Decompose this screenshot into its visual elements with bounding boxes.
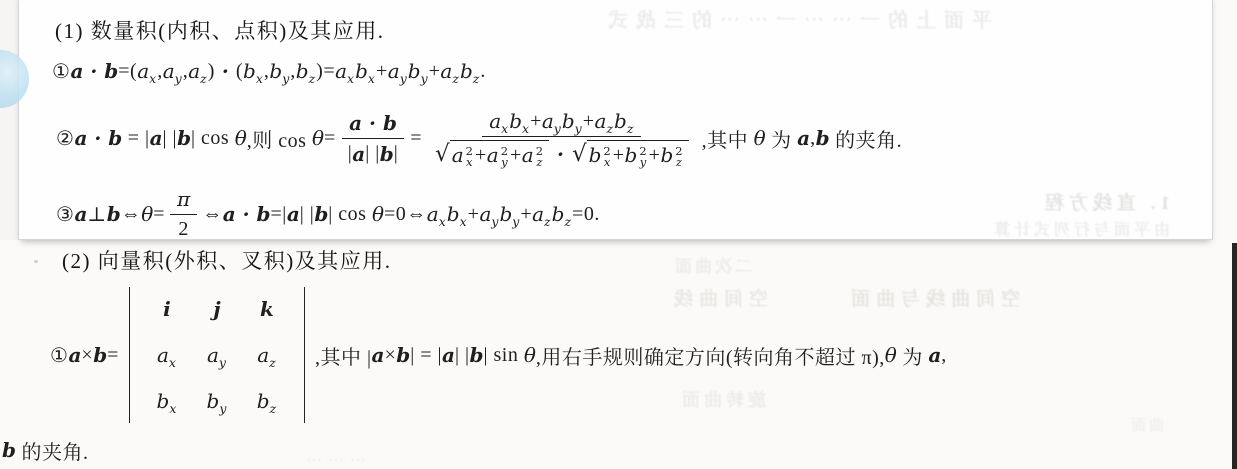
math-text: )= [316,60,335,83]
math-text: ⇔ [121,203,142,226]
math-subsup: 2y [501,146,508,168]
fraction-numerator: π [170,187,197,215]
math-vector: a [70,59,83,83]
math-fraction: π2 [170,187,197,241]
math-var: b [408,59,421,83]
math-text: ⇔ [202,203,223,226]
math-vector: · [236,202,257,226]
bleedthrough-text: ⋯⋯⋯ [300,450,366,469]
math-vector: b [816,126,830,150]
math-var: b [207,389,220,413]
math-var: a [335,59,347,83]
math-var: b [269,59,282,83]
math-var: b [460,59,473,83]
math-text: | cos [191,127,235,150]
math-text: = [324,127,336,150]
page-edge-shadow-strip [1232,243,1237,469]
determinant-cell: k [260,297,274,321]
determinant: ijkaxayazbxbybz [129,287,305,423]
math-var: b [296,59,309,83]
math-text: =0⇔ [384,203,427,226]
math-vector: b [104,59,118,83]
math-subscript: y [640,157,647,168]
math-text: , [941,344,947,367]
math-subscript: z [564,214,571,229]
math-vector: a [74,202,87,226]
math-text: | | [163,127,178,150]
math-text: | cos [328,203,372,226]
math-var: a [479,202,491,226]
math-text: =0. [572,203,600,226]
math-text: ) [208,60,215,83]
math-text: ① [50,343,68,368]
math-text: = [410,127,422,150]
determinant-cell: ax [157,343,177,367]
math-subscript: x [604,157,611,168]
math-text: | | [365,142,380,165]
math-var: a [522,143,534,167]
math-vector: · [87,126,108,150]
radicand: b2x+b2y+b2z [587,140,689,167]
scan-speck [34,260,38,263]
math-var: b [562,109,575,133]
math-var: b [447,202,460,226]
math-text: + [530,110,542,133]
math-text: + [376,60,388,83]
math-var: a [207,343,219,367]
math-var: θ [524,343,536,367]
math-var: a [427,202,439,226]
math-text: 2 [178,218,189,241]
math-text: =( [118,60,137,83]
math-subscript: y [501,157,508,168]
math-subscript: y [554,121,561,136]
math-var: b [257,389,270,413]
math-vector: b [2,438,16,462]
math-vector: a [349,111,362,135]
math-var: a [257,343,269,367]
math-text: + [429,60,441,83]
fraction-numerator: axbx+ayby+azbz [482,109,641,137]
math-subscript: y [421,71,428,86]
math-var: a [542,109,554,133]
math-vector: a [928,343,941,367]
formula-dot-product-components: ①a · b=(ax,ay,az) · (bx,by,bz)=axbx+ayby… [52,53,486,89]
section-heading-cross-product: (2) 向量积(外积、叉积)及其应用. [62,245,391,275]
math-text: = | [122,127,149,150]
math-subsup: 2x [603,146,610,168]
math-text: ( [236,60,243,83]
math-var: b [625,143,638,167]
math-subscript: x [169,355,176,370]
math-subscript: z [536,157,542,168]
math-text: + [613,144,625,167]
math-vector: b [314,202,328,226]
math-subscript: z [473,71,480,86]
math-vector: a [442,343,455,367]
math-text: + [468,203,480,226]
math-var: a [489,109,501,133]
math-var: b [509,109,522,133]
determinant-cell: i [163,297,171,321]
math-fraction: axbx+ayby+azbz√a2x+a2y+a2z · √b2x+b2y+b2… [427,109,697,167]
math-subscript: x [149,71,156,86]
math-vector: a [74,126,87,150]
math-var: a [452,143,464,167]
math-var: b [355,59,368,83]
math-subsup: 2x [466,146,473,168]
math-text: 的夹角. [16,436,89,465]
math-subscript: z [606,121,613,136]
math-vector: b [380,142,394,166]
math-var: a [440,59,452,83]
math-vector: b [396,343,410,367]
math-text: ,其中 [702,124,754,153]
math-text: = [153,203,165,226]
math-subscript: x [347,71,354,86]
math-var: a [157,343,169,367]
determinant-cell: bz [257,389,277,413]
math-text: ,其中 | [315,341,372,370]
math-text: ② [56,126,74,151]
math-subsup: 2y [639,146,646,168]
math-var: b [589,143,602,167]
math-sqrt: √b2x+b2y+b2z [572,140,689,167]
math-text: + [510,144,522,167]
fraction-denominator: |a| |b| [341,139,406,166]
math-text: = [107,344,119,367]
math-subscript: z [200,71,207,86]
math-subsup: 2z [675,146,682,168]
math-var: a [163,59,175,83]
math-text: . [480,60,486,83]
math-text: ⊥ [87,202,106,227]
math-subscript: x [522,121,529,136]
determinant-cell: ay [207,343,227,367]
math-var: θ [141,202,153,226]
math-text: | = | [410,344,442,367]
math-subscript: y [219,401,226,416]
math-var: a [595,109,607,133]
math-var: b [157,389,170,413]
math-sqrt: √a2x+a2y+a2z [435,140,549,167]
math-var: a [532,202,544,226]
math-subscript: y [400,71,407,86]
math-var: b [552,202,565,226]
math-vector: b [469,343,483,367]
math-vector: · [362,111,383,135]
math-subscript: x [460,214,467,229]
determinant-cell: by [207,389,228,413]
radical-sign: √ [435,143,450,165]
math-text: | | [300,203,315,226]
math-var: θ [754,126,766,150]
math-vector: b [93,343,107,367]
math-subscript: y [491,214,498,229]
math-subscript: y [219,355,226,370]
math-subscript: x [501,121,508,136]
math-subscript: z [544,214,551,229]
math-vector: a [150,126,163,150]
determinant-cell: bx [157,389,178,413]
determinant-cell: j [213,297,220,321]
fraction-denominator: √a2x+a2y+a2z · √b2x+b2y+b2z [427,137,697,167]
math-vector: a [371,343,384,367]
math-text: 的夹角. [830,124,903,153]
page-left-margin [0,0,18,240]
math-text: 为 [766,124,798,153]
bleedthrough-text: 1. 直线方程 [1040,188,1170,215]
math-var: θ [885,343,897,367]
math-vector: b [383,111,397,135]
math-subscript: x [439,214,446,229]
formula-angle-continuation: b 的夹角. [2,434,88,466]
math-subscript: x [256,71,263,86]
math-subscript: z [627,121,634,136]
math-var: π [177,187,190,211]
math-vector: a [68,343,81,367]
determinant-cell: az [257,343,277,367]
math-vector: i [163,297,171,321]
math-fraction: a · b|a| |b| [341,111,406,166]
section-heading-dot-product: (1) 数量积(内积、点积)及其应用. [55,15,384,45]
math-text: + [475,144,487,167]
math-subscript: y [175,71,182,86]
math-vector: · [550,142,571,166]
math-subscript: z [269,355,276,370]
math-subscript: z [452,71,459,86]
math-var: b [499,202,512,226]
math-vector: · [83,59,104,83]
math-text: × [384,344,396,367]
math-vector: k [260,297,274,321]
math-subscript: z [676,157,682,168]
math-var: a [137,59,149,83]
math-vector: a [797,126,810,150]
bleedthrough-text: 由平面与行列式计算 [990,217,1170,240]
math-subscript: x [466,157,473,168]
formula-cross-product-determinant: ①a×b=ijkaxayazbxbybz,其中 |a×b| = |a| |b| … [50,287,947,423]
math-var: b [660,143,673,167]
math-text: × [81,344,93,367]
math-text: ,用右手规则确定方向(转向角不超过 π), [536,341,885,370]
formula-perpendicular-condition: ③a⊥b⇔θ=π2⇔a · b=|a| |b| cos θ=0⇔axbx+ayb… [56,188,600,240]
radical-sign: √ [572,143,587,165]
math-text: + [520,203,532,226]
formula-cos-theta: ②a · b = |a| |b| cos θ,则 cos θ=a · b|a| … [56,100,902,176]
math-var: a [388,59,400,83]
math-var: θ [312,126,324,150]
math-text: 为 [897,341,929,370]
math-vector: a [352,142,365,166]
math-subsup: 2z [536,146,543,168]
math-vector: a [287,202,300,226]
math-text: | | [455,344,470,367]
math-subscript: x [368,71,375,86]
math-subscript: y [512,214,519,229]
math-text: =| [271,203,287,226]
math-text: ,则 cos [247,124,312,153]
bleedthrough-text: 曲面 [1128,414,1164,435]
math-subscript: x [169,401,176,416]
math-vector: b [257,202,271,226]
determinant-grid: ijkaxayazbxbybz [130,295,304,415]
math-subscript: y [575,121,582,136]
math-var: b [614,109,627,133]
math-var: θ [235,126,247,150]
math-text: | sin [483,344,523,367]
math-subscript: z [270,401,277,416]
radicand: a2x+a2y+a2z [450,140,549,167]
math-vector: b [107,202,121,226]
math-subscript: y [282,71,289,86]
math-var: b [243,59,256,83]
fraction-denominator: 2 [171,215,196,241]
math-text: ③ [56,202,74,227]
math-vector: j [213,297,220,321]
math-text: | [394,142,399,165]
math-text: + [649,144,661,167]
math-vector: b [108,126,122,150]
fraction-numerator: a · b [342,111,404,139]
math-var: a [188,59,200,83]
math-var: a [487,143,499,167]
scanned-textbook-page: 平面上的一⋯⋯一⋯⋯的三战式1. 直线方程由平面与行列式计算二次曲面空间曲线空间… [0,0,1237,469]
bleedthrough-text: 二次曲面 [672,252,752,277]
math-subscript: z [309,71,316,86]
math-vector: a [223,202,236,226]
bleedthrough-text: 平面上的一⋯⋯一⋯⋯的三战式 [600,4,992,33]
math-var: θ [372,202,384,226]
math-vector: · [215,59,236,83]
math-vector: b [177,126,191,150]
math-text: ① [52,59,70,84]
math-text: + [583,110,595,133]
